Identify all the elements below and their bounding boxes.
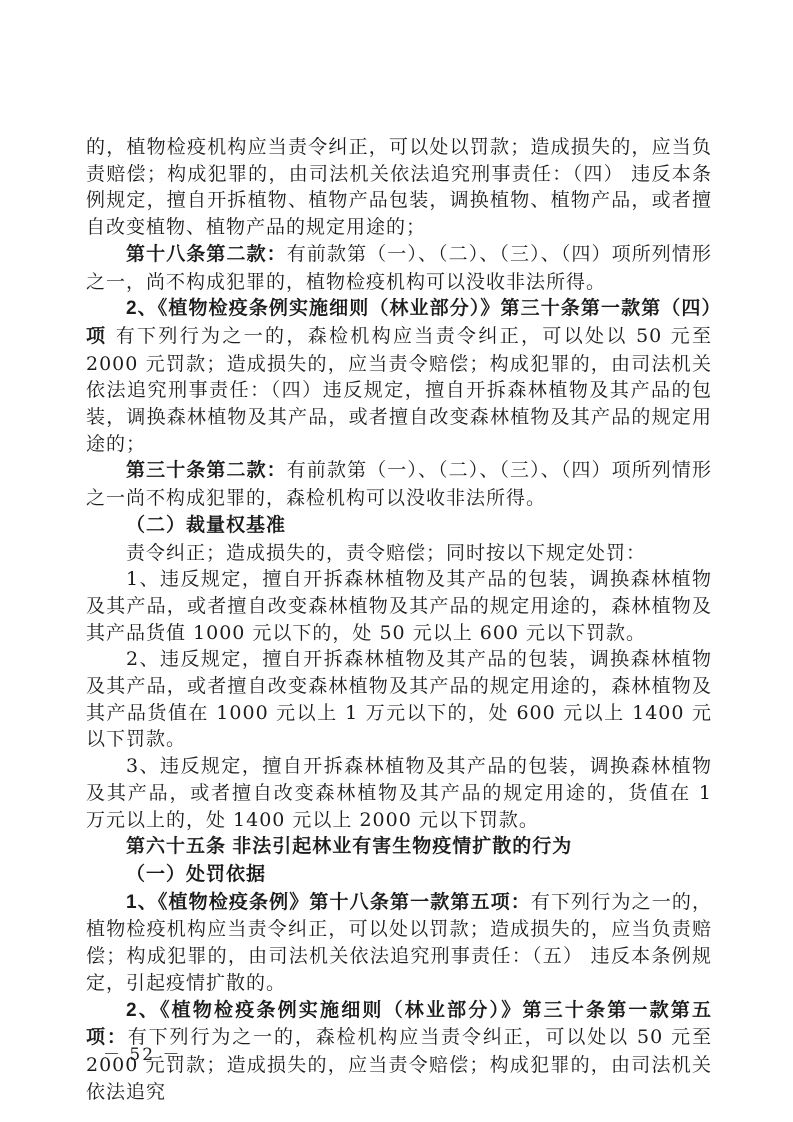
paragraph: 的，植物检疫机构应当责令纠正，可以处以罚款；造成损失的，应当负责赔偿；构成犯罪的… <box>86 134 712 241</box>
text-run: 的，植物检疫机构应当责令纠正，可以处以罚款；造成损失的，应当负责赔偿；构成犯罪的… <box>86 136 712 238</box>
text-run: 3、违反规定，擅自开拆森林植物及其产品的包装，调换森林植物及其产品，或者擅自改变… <box>86 755 712 830</box>
paragraph: 第三十条第二款：有前款第（一）、（二）、（三）、（四）项所列情形之一尚不构成犯罪… <box>86 457 712 511</box>
document-page: 的，植物检疫机构应当责令纠正，可以处以罚款；造成损失的，应当负责赔偿；构成犯罪的… <box>0 0 793 1122</box>
bold-run: 第十八条第二款： <box>126 244 287 265</box>
text-run: 1、违反规定，擅自开拆森林植物及其产品的包装，调换森林植物及其产品，或者擅自改变… <box>86 568 712 643</box>
section-heading: （一）处罚依据 <box>86 861 712 889</box>
paragraph: 1、违反规定，擅自开拆森林植物及其产品的包装，调换森林植物及其产品，或者擅自改变… <box>86 566 712 646</box>
text-run: 2、违反规定，擅自开拆森林植物及其产品的包装，调换森林植物及其产品，或者擅自改变… <box>86 648 712 750</box>
paragraph: 3、违反规定，擅自开拆森林植物及其产品的包装，调换森林植物及其产品，或者擅自改变… <box>86 753 712 833</box>
text-run: 有下列行为之一的，森检机构应当责令纠正，可以处以 50 元至 2000 元罚款；… <box>86 325 712 455</box>
bold-run: 第三十条第二款： <box>126 460 287 481</box>
page-number: － 52 － <box>103 1040 181 1065</box>
paragraph: 第十八条第二款：有前款第（一）、（二）、（三）、（四）项所列情形之一，尚不构成犯… <box>86 241 712 295</box>
article-heading: 第六十五条 非法引起林业有害生物疫情扩散的行为 <box>86 833 712 861</box>
section-heading: （二）裁量权基准 <box>86 512 712 540</box>
paragraph: 1、《植物检疫条例》第十八条第一款第五项：有下列行为之一的，植物检疫机构应当责令… <box>86 889 712 997</box>
bold-run: 第六十五条 非法引起林业有害生物疫情扩散的行为 <box>126 836 572 857</box>
paragraph: 责令纠正；造成损失的，责令赔偿；同时按以下规定处罚： <box>86 540 712 567</box>
paragraph: 2、违反规定，擅自开拆森林植物及其产品的包装，调换森林植物及其产品，或者擅自改变… <box>86 646 712 753</box>
paragraph: 2、《植物检疫条例实施细则（林业部分）》第三十条第一款第（四）项 有下列行为之一… <box>86 295 712 457</box>
bold-run: 1、《植物检疫条例》第十八条第一款第五项： <box>126 892 531 913</box>
bold-run: （一）处罚依据 <box>126 864 266 885</box>
document-body: 的，植物检疫机构应当责令纠正，可以处以罚款；造成损失的，应当负责赔偿；构成犯罪的… <box>86 134 712 1105</box>
text-run: 责令纠正；造成损失的，责令赔偿；同时按以下规定处罚： <box>126 542 646 564</box>
bold-run: （二）裁量权基准 <box>126 515 286 536</box>
